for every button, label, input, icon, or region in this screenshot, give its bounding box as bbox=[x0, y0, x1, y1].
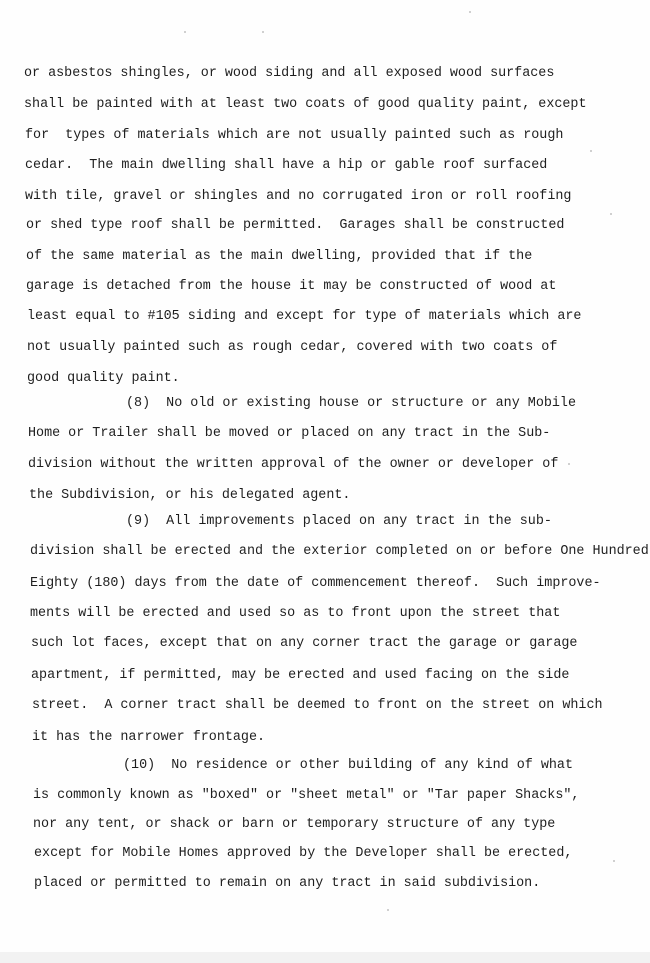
text-line: Eighty (180) days from the date of comme… bbox=[30, 576, 601, 592]
text-line: except for Mobile Homes approved by the … bbox=[34, 846, 572, 862]
text-line: division shall be erected and the exteri… bbox=[30, 544, 649, 560]
text-line: ments will be erected and used so as to … bbox=[30, 606, 560, 622]
text-line: garage is detached from the house it may… bbox=[26, 279, 556, 295]
text-line: nor any tent, or shack or barn or tempor… bbox=[33, 817, 555, 833]
text-line: good quality paint. bbox=[27, 371, 180, 387]
scan-speck bbox=[610, 213, 612, 215]
scan-speck bbox=[184, 31, 186, 33]
text-line: apartment, if permitted, may be erected … bbox=[31, 668, 569, 684]
text-line: is commonly known as "boxed" or "sheet m… bbox=[33, 788, 579, 804]
text-line: with tile, gravel or shingles and no cor… bbox=[25, 189, 571, 205]
text-line: such lot faces, except that on any corne… bbox=[31, 636, 577, 652]
text-line: it has the narrower frontage. bbox=[32, 730, 265, 746]
scan-speck bbox=[387, 909, 389, 911]
text-line: for types of materials which are not usu… bbox=[25, 128, 563, 144]
text-line: Home or Trailer shall be moved or placed… bbox=[28, 426, 550, 442]
scan-speck bbox=[613, 860, 615, 862]
scan-speck bbox=[262, 31, 264, 33]
scan-speck bbox=[568, 463, 570, 465]
text-line: placed or permitted to remain on any tra… bbox=[34, 876, 540, 892]
section-heading-line: (8) No old or existing house or structur… bbox=[126, 396, 576, 412]
scan-speck bbox=[469, 11, 471, 13]
scanned-document-page: or asbestos shingles, or wood siding and… bbox=[0, 0, 650, 952]
text-line: of the same material as the main dwellin… bbox=[26, 249, 532, 265]
text-line: not usually painted such as rough cedar,… bbox=[27, 340, 557, 356]
text-line: or shed type roof shall be permitted. Ga… bbox=[26, 218, 564, 234]
section-heading-line: (10) No residence or other building of a… bbox=[123, 758, 573, 774]
text-line: or asbestos shingles, or wood siding and… bbox=[24, 66, 554, 82]
text-line: street. A corner tract shall be deemed t… bbox=[32, 698, 603, 714]
text-line: least equal to #105 siding and except fo… bbox=[27, 309, 581, 325]
section-heading-line: (9) All improvements placed on any tract… bbox=[126, 514, 552, 530]
text-line: the Subdivision, or his delegated agent. bbox=[29, 488, 350, 504]
text-line: shall be painted with at least two coats… bbox=[24, 97, 587, 113]
scan-speck bbox=[590, 150, 592, 152]
text-line: cedar. The main dwelling shall have a hi… bbox=[25, 158, 547, 174]
viewer-bottom-band bbox=[0, 952, 650, 963]
text-line: division without the written approval of… bbox=[28, 457, 558, 473]
